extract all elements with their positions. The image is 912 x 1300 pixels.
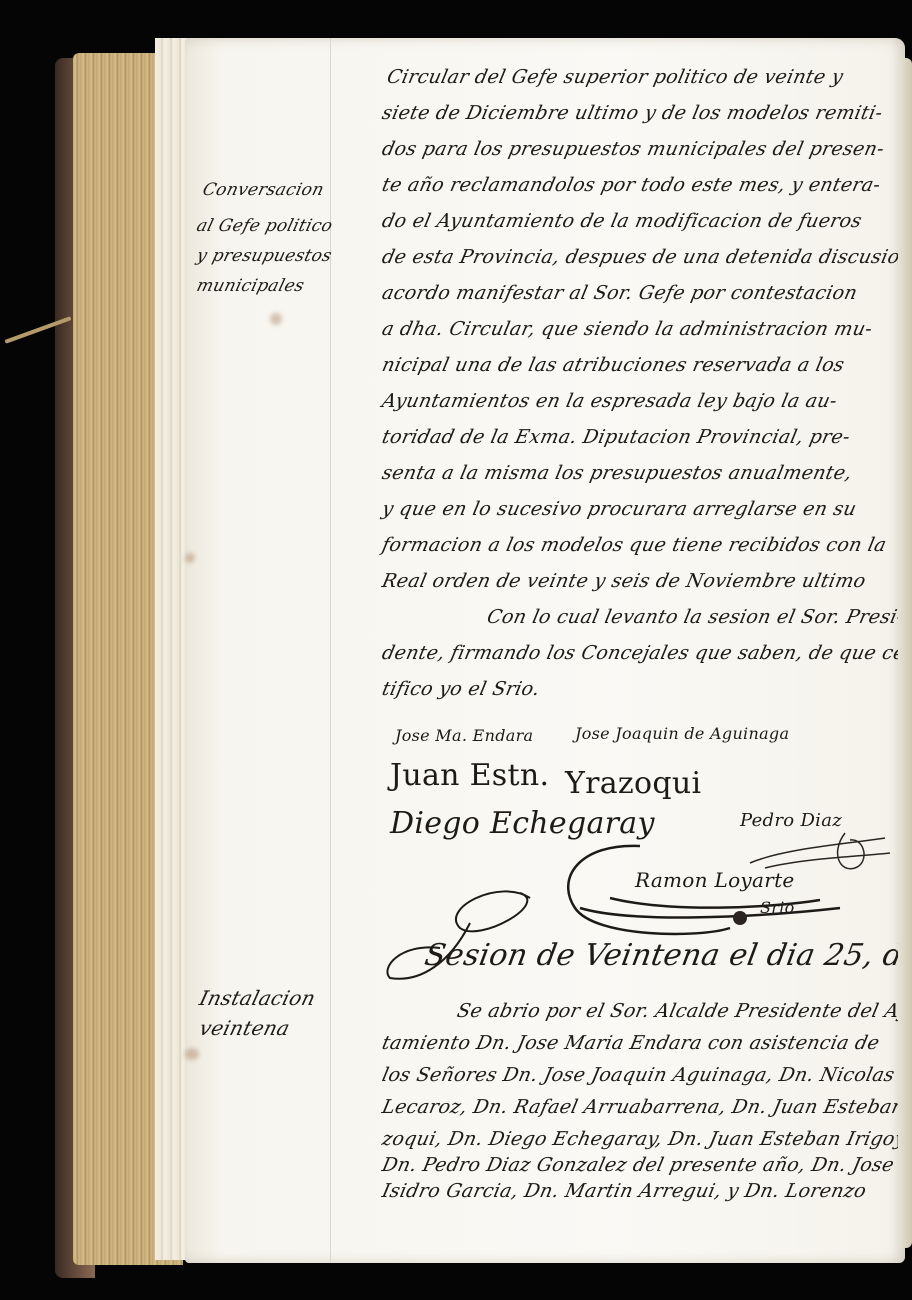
ink-stain: [270, 313, 282, 325]
ink-stain: [185, 553, 195, 563]
signature-juan-esteban: Juan Estn.: [390, 758, 549, 793]
text-line: Con lo cual levanto la sesion el Sor. Pr…: [485, 606, 906, 628]
ink-stain: [185, 1048, 199, 1060]
text-line: siete de Diciembre ultimo y de los model…: [380, 102, 885, 124]
text-line: tifico yo el Srio.: [380, 678, 542, 700]
text-line: formacion a los modelos que tiene recibi…: [380, 534, 888, 556]
text-line: Ayuntamientos en la espresada ley bajo l…: [380, 390, 839, 412]
text-line: Real orden de veinte y seis de Noviembre…: [380, 570, 868, 592]
secretary-flourish-icon: [550, 838, 850, 948]
page-right-edge: [898, 58, 912, 1248]
session-heading: Sesion de Veintena el dia 25, de Enero: [422, 938, 912, 973]
text-line: tamiento Dn. Jose Maria Endara con asist…: [380, 1032, 882, 1054]
margin-note-line: municipales: [195, 276, 307, 296]
text-line: Circular del Gefe superior politico de v…: [385, 66, 845, 88]
signature-secretary-role: Srio.: [760, 898, 800, 917]
margin-note-line: y presupuestos: [195, 246, 334, 266]
text-line: senta a la misma los presupuestos anualm…: [380, 462, 854, 484]
text-line: acordo manifestar al Sor. Gefe por conte…: [380, 282, 859, 304]
text-line: Lecaroz, Dn. Rafael Arruabarrena, Dn. Ju…: [380, 1096, 912, 1118]
signature-diego-echegaray: Diego Echegaray: [390, 806, 655, 841]
manuscript-page: Conversacion al Gefe politico y presupue…: [185, 38, 905, 1263]
text-line: Isidro Garcia, Dn. Martin Arregui, y Dn.…: [380, 1180, 868, 1202]
margin-note-line: Instalacion: [197, 986, 318, 1010]
text-line: los Señores Dn. Jose Joaquin Aguinaga, D…: [380, 1064, 897, 1086]
margin-note-line: Conversacion: [201, 180, 327, 200]
signature-secretary: Ramon Loyarte: [635, 868, 795, 892]
text-line: zoqui, Dn. Diego Echegaray, Dn. Juan Est…: [380, 1128, 912, 1150]
text-line: toridad de la Exma. Diputacion Provincia…: [380, 426, 852, 448]
text-line: te año reclamandolos por todo este mes, …: [380, 174, 883, 196]
text-line: nicipal una de las atribuciones reservad…: [380, 354, 846, 376]
text-line: dente, firmando los Concejales que saben…: [380, 642, 912, 664]
signature-jose-ma-endara: Jose Ma. Endara: [395, 726, 533, 745]
text-line: do el Ayuntamiento de la modificacion de…: [380, 210, 864, 232]
text-line: a dha. Circular, que siendo la administr…: [380, 318, 874, 340]
open-ledger-book: Conversacion al Gefe politico y presupue…: [55, 38, 912, 1270]
margin-note-line: veintena: [197, 1016, 292, 1040]
signature-yrazoqui: Yrazoqui: [565, 766, 701, 801]
text-line: Dn. Pedro Diaz Gonzalez del presente año…: [380, 1154, 896, 1176]
margin-note-line: al Gefe politico: [195, 216, 335, 236]
text-line: de esta Provincia, despues de una deteni…: [380, 246, 912, 268]
text-line: dos para los presupuestos municipales de…: [380, 138, 886, 160]
text-line: Se abrio por el Sor. Alcalde Presidente …: [455, 1000, 912, 1022]
signature-aguinaga: Jose Joaquin de Aguinaga: [575, 724, 789, 743]
text-line: y que en lo sucesivo procurara arreglars…: [380, 498, 859, 520]
